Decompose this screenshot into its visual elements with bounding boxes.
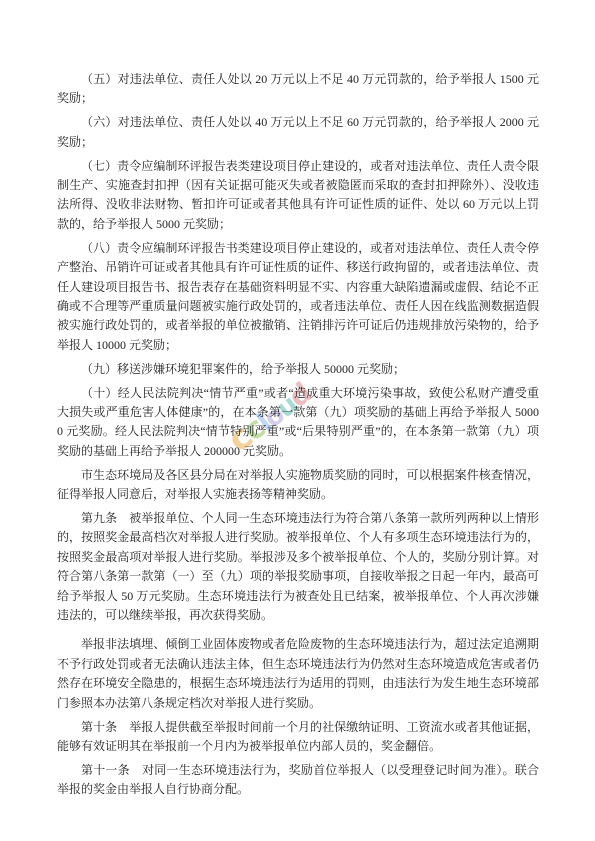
clause-10-paragraph: （十）经人民法院判决“情节严重”或者“造成重大环境污染事故，致使公私财产遭受重大… [57, 384, 539, 462]
document-page: c c l o u d （五）对违法单位、责任人处以 20 万元以上不足 40 … [0, 0, 595, 841]
spiritual-reward-paragraph: 市生态环境局及各区县分局在对举报人实施物质奖励的同时，可以根据案件核查情况，征得… [57, 466, 539, 505]
article-11-paragraph: 第十一条 对同一生态环境违法行为，奖励首位举报人（以受理登记时间为准）。联合举报… [57, 761, 539, 800]
clause-6-paragraph: （六）对违法单位、责任人处以 40 万元以上不足 60 万元罚款的，给予举报人 … [57, 113, 539, 152]
article-10-paragraph: 第十条 举报人提供截至举报时间前一个月的社保缴纳证明、工资流水或者其他证据，能够… [57, 718, 539, 757]
article-9-paragraph: 第九条 被举报单位、个人同一生态环境违法行为符合第八条第一款所列两种以上情形的，… [57, 509, 539, 625]
clause-8-paragraph: （八）责令应编制环评报告书类建设项目停止建设的，或者对违法单位、责任人责令停产整… [57, 239, 539, 355]
clause-5-paragraph: （五）对违法单位、责任人处以 20 万元以上不足 40 万元罚款的，给予举报人 … [57, 70, 539, 109]
document-body: （五）对违法单位、责任人处以 20 万元以上不足 40 万元罚款的，给予举报人 … [57, 70, 539, 804]
illegal-dumping-paragraph: 举报非法填埋、倾倒工业固体废物或者危险废物的生态环境违法行为，超过法定追溯期不予… [57, 635, 539, 713]
clause-7-paragraph: （七）责令应编制环评报告表类建设项目停止建设的，或者对违法单位、责任人责令限制生… [57, 157, 539, 235]
clause-9-paragraph: （九）移送涉嫌环境犯罪案件的，给予举报人 50000 元奖励； [57, 360, 539, 379]
